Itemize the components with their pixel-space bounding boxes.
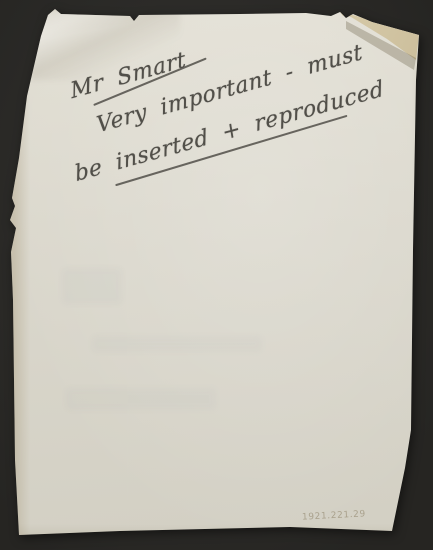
ink-showthrough-smudge xyxy=(66,388,216,410)
ink-showthrough-smudge xyxy=(62,268,122,304)
scan-mount-background: Mr Smart Very important - must be insert… xyxy=(0,0,433,550)
manuscript-page: Mr Smart Very important - must be insert… xyxy=(0,0,433,550)
ink-showthrough-smudge xyxy=(92,336,262,352)
accession-number: 1921.221.29 xyxy=(302,509,366,522)
handwritten-note: Mr Smart Very important - must be insert… xyxy=(52,0,433,193)
paper-shadow-wrap: Mr Smart Very important - must be insert… xyxy=(0,0,433,550)
